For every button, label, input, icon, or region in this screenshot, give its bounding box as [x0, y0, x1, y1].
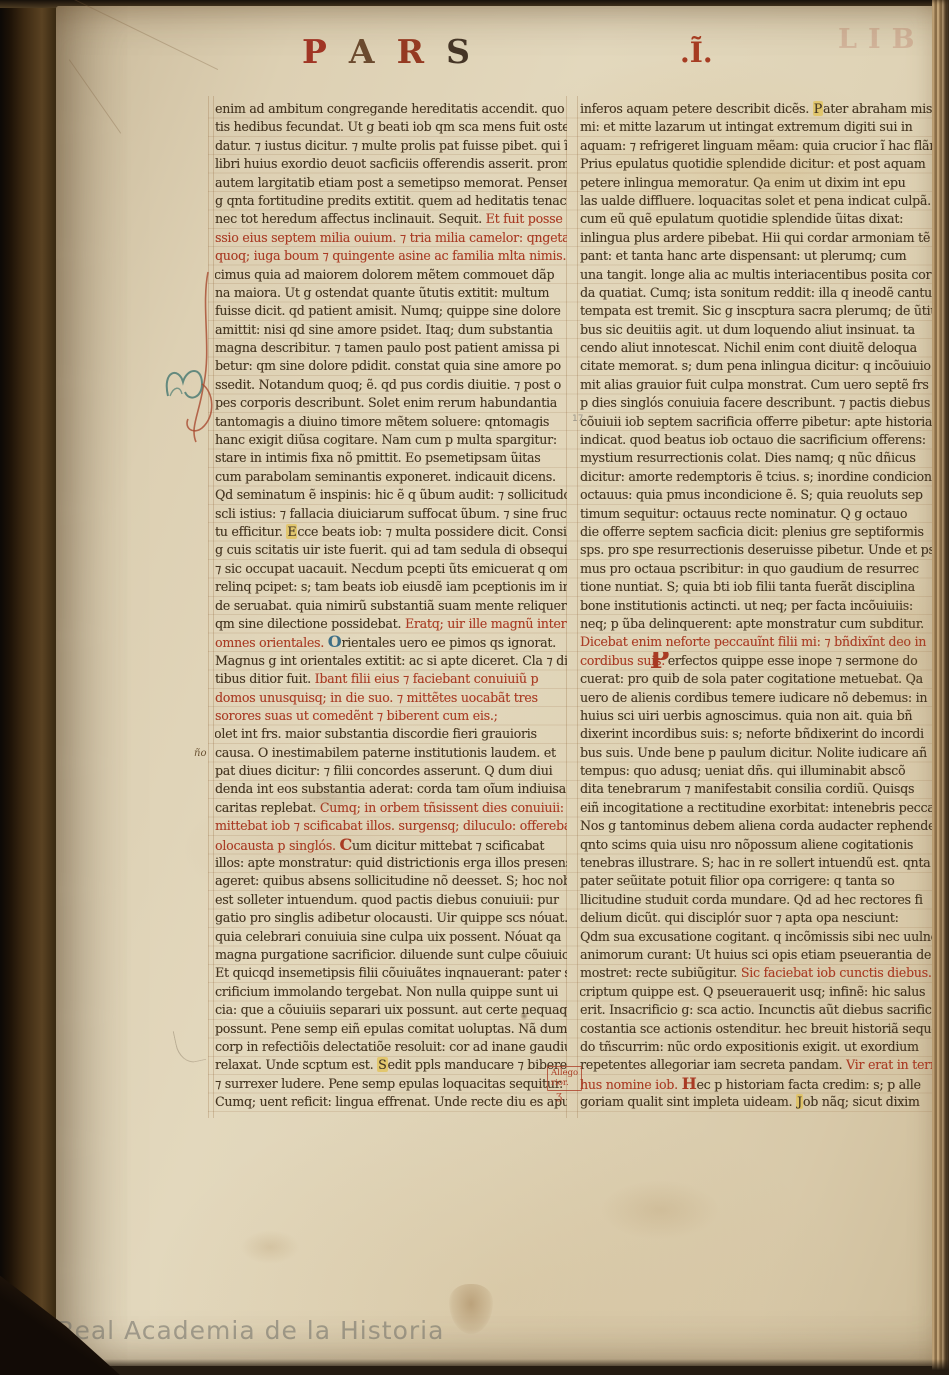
text-line: goriam qualit sint impleta uideam. Job n… [580, 1093, 936, 1111]
text-line: octauus: quia pmus incondicione ẽ. S; qu… [580, 486, 936, 504]
text-line: qm sine dilectione possidebat. Eratq; ui… [215, 615, 567, 633]
text-line: relinq pcipet: s; tam beats iob eiusdẽ i… [215, 578, 567, 596]
text-line: costantia sce actionis ostenditur. hec b… [580, 1020, 936, 1038]
text-line: mostret: recte subiũgitur. Sic faciebat … [580, 964, 936, 982]
text-line: mit alias grauior fuit culpa monstrat. C… [580, 376, 936, 394]
column-rule [208, 96, 209, 1118]
text-line: sps. pro spe resurrectionis deseruisse p… [580, 541, 936, 559]
text-line: qnto scims quia uisu nro nõpossum aliene… [580, 836, 936, 854]
text-line: ageret: quibus absens sollicitudine nõ d… [215, 872, 567, 890]
text-line: autem largitatib etiam post a semetipso … [215, 174, 567, 192]
text-line: enim ad ambitum congregande hereditatis … [215, 100, 567, 118]
text-column-left: enim ad ambitum congregande hereditatis … [215, 100, 567, 1111]
text-line: cõuiuii iob septem sacrificia offerre pi… [580, 413, 936, 431]
text-line: huius sci uiri uerbis agnoscimus. quia n… [580, 707, 936, 725]
text-line: p dies singlós conuiuia facere describun… [580, 394, 936, 412]
text-line: dita tenebrarum ⁊ manifestabit consilia … [580, 780, 936, 798]
text-line: cuerat: pro quib de sola pater cogitatio… [580, 670, 936, 688]
text-line: tantomagis a diuino timore mẽtem soluere… [215, 413, 567, 431]
text-line: dixerint incordibus suis: s; neforte bñd… [580, 725, 936, 743]
text-line: cordibus suis. Perfectos quippe esse ino… [580, 652, 936, 670]
text-line: g qnta fortitudine predits extitit. quem… [215, 192, 567, 210]
text-line: quoq; iuga boum ⁊ quingente asine ac fam… [215, 247, 567, 265]
text-line: tione nuntiat. S; quia bti iob filii tan… [580, 578, 936, 596]
header-letter: A [349, 32, 375, 71]
manuscript-scan: PARS .Ĩ. LIB enim ad ambitum congregande… [0, 0, 949, 1375]
text-line: bone institutionis actincti. ut neq; per… [580, 597, 936, 615]
text-line: tempus: quo adusq; ueniat dñs. qui illum… [580, 762, 936, 780]
text-line: tu efficitur. Ecce beats iob: ⁊ multa po… [215, 523, 567, 541]
text-line: llicitudine studuit corda mundare. Qd ad… [580, 891, 936, 909]
text-line: pant: et tanta hanc arte dispensant: ut … [580, 247, 936, 265]
text-line: Prius epulatus quotidie splendide dicitu… [580, 155, 936, 173]
text-line: tenebras illustrare. S; hac in re soller… [580, 854, 936, 872]
text-line: stare in intimis fixa nõ pmittit. Eo pse… [215, 449, 567, 467]
text-line: omnes orientales. Orientales uero ee pim… [215, 633, 567, 651]
text-line: pat diues dicitur: ⁊ filii concordes ass… [215, 762, 567, 780]
allegoria-line: rior. [551, 1079, 578, 1089]
text-line: relaxat. Unde scptum est. Sedit ppls man… [215, 1056, 567, 1074]
text-line: mystium resurrectionis colat. Dies namq;… [580, 449, 936, 467]
text-line: amittit: nisi qd sine amore psidet. Itaq… [215, 321, 567, 339]
text-line: Solet int frs. maior substantia discordi… [215, 725, 567, 743]
text-line: animorum curant: Ut huius sci opis etiam… [580, 946, 936, 964]
text-line: timum sequitur: octauus recte nominatur.… [580, 505, 936, 523]
text-line: Nos g tantominus debem aliena corda auda… [580, 817, 936, 835]
text-line: datur. ⁊ iustus dicitur. ⁊ multe prolis … [215, 137, 567, 155]
text-line: magna describitur. ⁊ tamen paulo post pa… [215, 339, 567, 357]
page-edge-bottom [0, 1359, 949, 1375]
text-line: una tangit. longe alia ac multis interia… [580, 266, 936, 284]
text-line: causa. O inestimabilem paterne instituti… [215, 744, 567, 762]
text-line: erit. Insacrificio g: sca actio. Incunct… [580, 1001, 936, 1019]
text-line: cendo aliut innotescat. Nichil enim cont… [580, 339, 936, 357]
text-line: fuisse dicit. qd patient amisit. Numq; q… [215, 302, 567, 320]
text-line: g cuis scitatis uir iste fuerit. qui ad … [215, 541, 567, 559]
margin-pencil-mark: 17 [572, 414, 583, 424]
column-rule [577, 96, 578, 1118]
text-line: da quatiat. Cumq; ista sonitum reddit: i… [580, 284, 936, 302]
text-line: Scimus quia ad maiorem dolorem mẽtem com… [215, 266, 567, 284]
text-line: corp in refectiõis delectatiõe resoluit:… [215, 1038, 567, 1056]
text-line: do tñscurrim: nũc ordo expositionis exig… [580, 1038, 936, 1056]
text-line: possunt. Pene semp eiñ epulas comitat uo… [215, 1020, 567, 1038]
text-line: est solleter intuendum. quod pactis dieb… [215, 891, 567, 909]
text-line: dicitur: amorte redemptoris ẽ tcius. s; … [580, 468, 936, 486]
text-line: die offerre septem sacficia dicit: pleni… [580, 523, 936, 541]
text-line: Qdm sua excusatione cogitant. q incõmiss… [580, 928, 936, 946]
text-line: nec tot heredum affectus inclinauit. Seq… [215, 210, 567, 228]
text-line: Magnus g int orientales extitit: ac si a… [215, 652, 567, 670]
text-line: bus sic deuitiis agit. ut dum loquendo a… [580, 321, 936, 339]
text-column-right: inferos aquam petere describit dicẽs. Pa… [580, 100, 936, 1111]
text-line: cum parabolam seminantis exponeret. indi… [215, 468, 567, 486]
text-line: delium dicũt. qui disciplór suor ⁊ apta … [580, 909, 936, 927]
text-line: Cumq; uent reficit: lingua effrenat. Und… [215, 1093, 567, 1111]
text-line: de seruabat. quia nimirũ substantiã suam… [215, 597, 567, 615]
text-line: uero de alienis cordibus temere iudicare… [580, 689, 936, 707]
text-line: cia: que a cõuiuiis separari uix possunt… [215, 1001, 567, 1019]
penwork-flourish [160, 268, 220, 458]
text-line: libri huius exordio deuot sacficiis offe… [215, 155, 567, 173]
text-line: ⁊ sic occupat uacauit. Necdum pcepti ũts… [215, 560, 567, 578]
text-line: ssedit. Notandum quoq; ẽ. qd pus cordis … [215, 376, 567, 394]
text-line: magna purgatione sacrificior. diluende s… [215, 946, 567, 964]
text-line: bus suis. Unde bene p paulum dicitur. No… [580, 744, 936, 762]
text-line: betur: qm sine dolore pdidit. constat qu… [215, 357, 567, 375]
text-line: petere inlingua memoratur. Qa enim ut di… [580, 174, 936, 192]
text-line: repetentes allegoriar iam secreta pandam… [580, 1056, 936, 1074]
text-line: ⁊ surrexer ludere. Pene semp epulas loqu… [215, 1075, 567, 1093]
running-header-numeral: .Ĩ. [680, 36, 713, 69]
running-header-pars: PARS [302, 32, 470, 71]
text-line: domos unusquisq; in die suo. ⁊ mittẽtes … [215, 689, 567, 707]
header-letter: P [302, 32, 327, 71]
text-line: gatio pro singlis adibetur olocausti. Ui… [215, 909, 567, 927]
text-line: scli istius: ⁊ fallacia diuiciarum suffo… [215, 505, 567, 523]
text-line: Et quicqd insemetipsis filii cõuiuãtes i… [215, 964, 567, 982]
text-line: crificium immolando tergebat. Non nulla … [215, 983, 567, 1001]
text-line: eiñ incogitatione a rectitudine exorbita… [580, 799, 936, 817]
text-line: mittebat iob ⁊ scificabat illos. surgens… [215, 817, 567, 835]
text-line: caritas replebat. Cumq; in orbem tñsisse… [215, 799, 567, 817]
text-line: las ualde diffluere. loquacitas solet et… [580, 192, 936, 210]
text-line: inlingua plus ardere pibebat. Hii qui co… [580, 229, 936, 247]
text-line: hanc exigit diũsa cogitare. Nam cum p mu… [215, 431, 567, 449]
text-line: neq; p ũba delinquerent: apte monstratur… [580, 615, 936, 633]
text-line: pes corporis describunt. Solet enim reru… [215, 394, 567, 412]
text-line: mi: et mitte lazarum ut intingat extremu… [580, 118, 936, 136]
text-line: Qd seminatum ẽ inspinis: hic ẽ q ũbum au… [215, 486, 567, 504]
text-line: inferos aquam petere describit dicẽs. Pa… [580, 100, 936, 118]
text-line: sorores suas ut comedẽnt ⁊ biberent cum … [215, 707, 567, 725]
text-line: Scriptum quippe est. Q pseuerauerit usq;… [580, 983, 936, 1001]
text-line: olocausta p singlós. Cum dicitur mitteba… [215, 836, 567, 854]
text-line: ssio eius septem milia ouium. ⁊ tria mil… [215, 229, 567, 247]
text-line: pater seũitate potuit filior opa corrige… [580, 872, 936, 890]
text-line: tibus ditior fuit. Ibant filii eius ⁊ fa… [215, 670, 567, 688]
header-letter: S [446, 32, 470, 71]
text-line: indicat. quod beatus iob octauo die sacr… [580, 431, 936, 449]
text-line: quia celebrari conuiuia sine culpa uix p… [215, 928, 567, 946]
margin-nota: ño [194, 748, 206, 759]
header-letter: R [397, 32, 424, 71]
bleedthrough-header: LIB [838, 24, 925, 55]
column-rule [213, 96, 214, 1118]
parchment-crease [69, 59, 121, 133]
text-line: denda int eos substantia aderat: corda t… [215, 780, 567, 798]
text-line: mus pro octaua pscribitur: in quo gaudiu… [580, 560, 936, 578]
text-line: citate memorat. s; dum pena inlingua dic… [580, 357, 936, 375]
page-edges-right [932, 0, 949, 1375]
margin-allegoria-note: Allego rior. [547, 1066, 582, 1091]
text-line: hus nomine iob. Hec p historiam facta cr… [580, 1075, 936, 1093]
text-line: cum eũ quẽ epulatum quotidie splendide ũ… [580, 210, 936, 228]
text-line: tis hedibus fecundat. Ut g beati iob qm … [215, 118, 567, 136]
text-line: aquam: ⁊ refrigeret linguam mẽam: quia c… [580, 137, 936, 155]
text-line: illos: apte monstratur: quid distriction… [215, 854, 567, 872]
parchment-crease [74, 0, 218, 70]
text-line: tempata est tremit. Sic g inscptura sacr… [580, 302, 936, 320]
text-line: Dicebat enim neforte peccauĩnt filii mi:… [580, 633, 936, 651]
text-line: na maiora. Ut g ostendat quante ũtutis e… [215, 284, 567, 302]
